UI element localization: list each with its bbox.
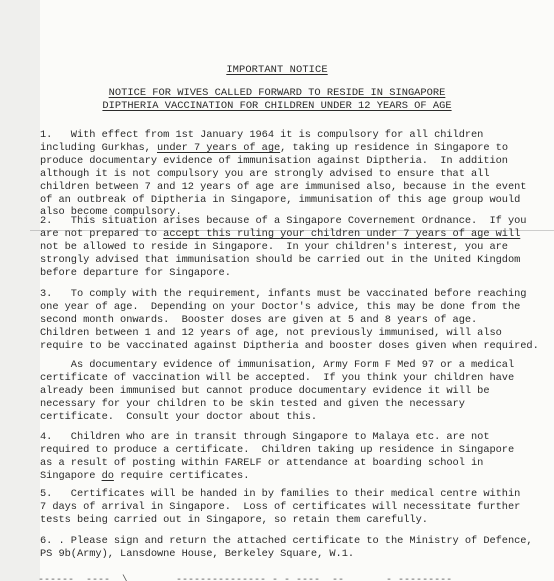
text-line: 3. To comply with the requirement, infan… bbox=[40, 288, 540, 301]
text-line: certificate of vaccination will be accep… bbox=[40, 372, 540, 385]
text-line: as a result of posting within FARELF or … bbox=[40, 457, 540, 470]
text-line: Children between 1 and 12 years of age, … bbox=[40, 327, 540, 340]
paragraph-3: 3. To comply with the requirement, infan… bbox=[40, 288, 540, 353]
text-line: are not prepared to accept this ruling y… bbox=[40, 228, 540, 241]
text-line: second month onwards. Booster doses are … bbox=[40, 314, 540, 327]
text-line: 6. . Please sign and return the attached… bbox=[40, 535, 540, 548]
text-line: before departure for Singapore. bbox=[40, 267, 540, 280]
paragraph-4: 4. Children who are in transit through S… bbox=[40, 431, 540, 483]
text-line: 2. This situation arises because of a Si… bbox=[40, 215, 540, 228]
text-line: children between 7 and 12 years of age a… bbox=[40, 181, 540, 194]
paragraph-1: 1. With effect from 1st January 1964 it … bbox=[40, 129, 540, 219]
underlined-emphasis: under 7 years of age bbox=[157, 142, 280, 154]
text-line: certificate. Consult your doctor about t… bbox=[40, 411, 540, 424]
text-line: 5. Certificates will be handed in by fam… bbox=[40, 488, 540, 501]
paragraph-5: 5. Certificates will be handed in by fam… bbox=[40, 488, 540, 527]
text-line: PS 9b(Army), Lansdowne House, Berkeley S… bbox=[40, 548, 540, 561]
text-line: not be allowed to reside in Singapore. I… bbox=[40, 241, 540, 254]
text-line: 4. Children who are in transit through S… bbox=[40, 431, 540, 444]
notice-subtitle: NOTICE FOR WIVES CALLED FORWARD TO RESID… bbox=[0, 87, 554, 113]
notice-title: IMPORTANT NOTICE bbox=[0, 64, 554, 76]
text-line: require to be vaccinated against Dipther… bbox=[40, 340, 540, 353]
text-line: required to produce a certificate. Child… bbox=[40, 444, 540, 457]
paragraph-2: 2. This situation arises because of a Si… bbox=[40, 215, 540, 280]
underlined-emphasis: accept this ruling your children under 7… bbox=[163, 228, 520, 240]
text-line: tests being carried out in Singapore, so… bbox=[40, 514, 540, 527]
paragraph-6: 6. . Please sign and return the attached… bbox=[40, 535, 540, 561]
text-line: strongly advised that immunisation shoul… bbox=[40, 254, 540, 267]
text-line: one year of age. Depending on your Docto… bbox=[40, 301, 540, 314]
text-line: 7 days of arrival in Singapore. Loss of … bbox=[40, 501, 540, 514]
tear-off-line: ------ ---- \ --------------- - - ---- -… bbox=[38, 575, 518, 581]
text-line: of an outbreak of Diptheria in Singapore… bbox=[40, 194, 540, 207]
text-line: including Gurkhas, under 7 years of age,… bbox=[40, 142, 540, 155]
document-page: IMPORTANT NOTICE NOTICE FOR WIVES CALLED… bbox=[0, 0, 554, 581]
text-line: 1. With effect from 1st January 1964 it … bbox=[40, 129, 540, 142]
text-line: As documentary evidence of immunisation,… bbox=[40, 359, 540, 372]
text-line: Singapore do require certificates. bbox=[40, 470, 540, 483]
paragraph-note: As documentary evidence of immunisation,… bbox=[40, 359, 540, 424]
text-line: necessary for your children to be skin t… bbox=[40, 398, 540, 411]
text-line: produce documentary evidence of immunisa… bbox=[40, 155, 540, 168]
text-line: although it is not compulsory you are st… bbox=[40, 168, 540, 181]
text-line: already been immunised but cannot produc… bbox=[40, 385, 540, 398]
underlined-emphasis: do bbox=[102, 470, 114, 482]
